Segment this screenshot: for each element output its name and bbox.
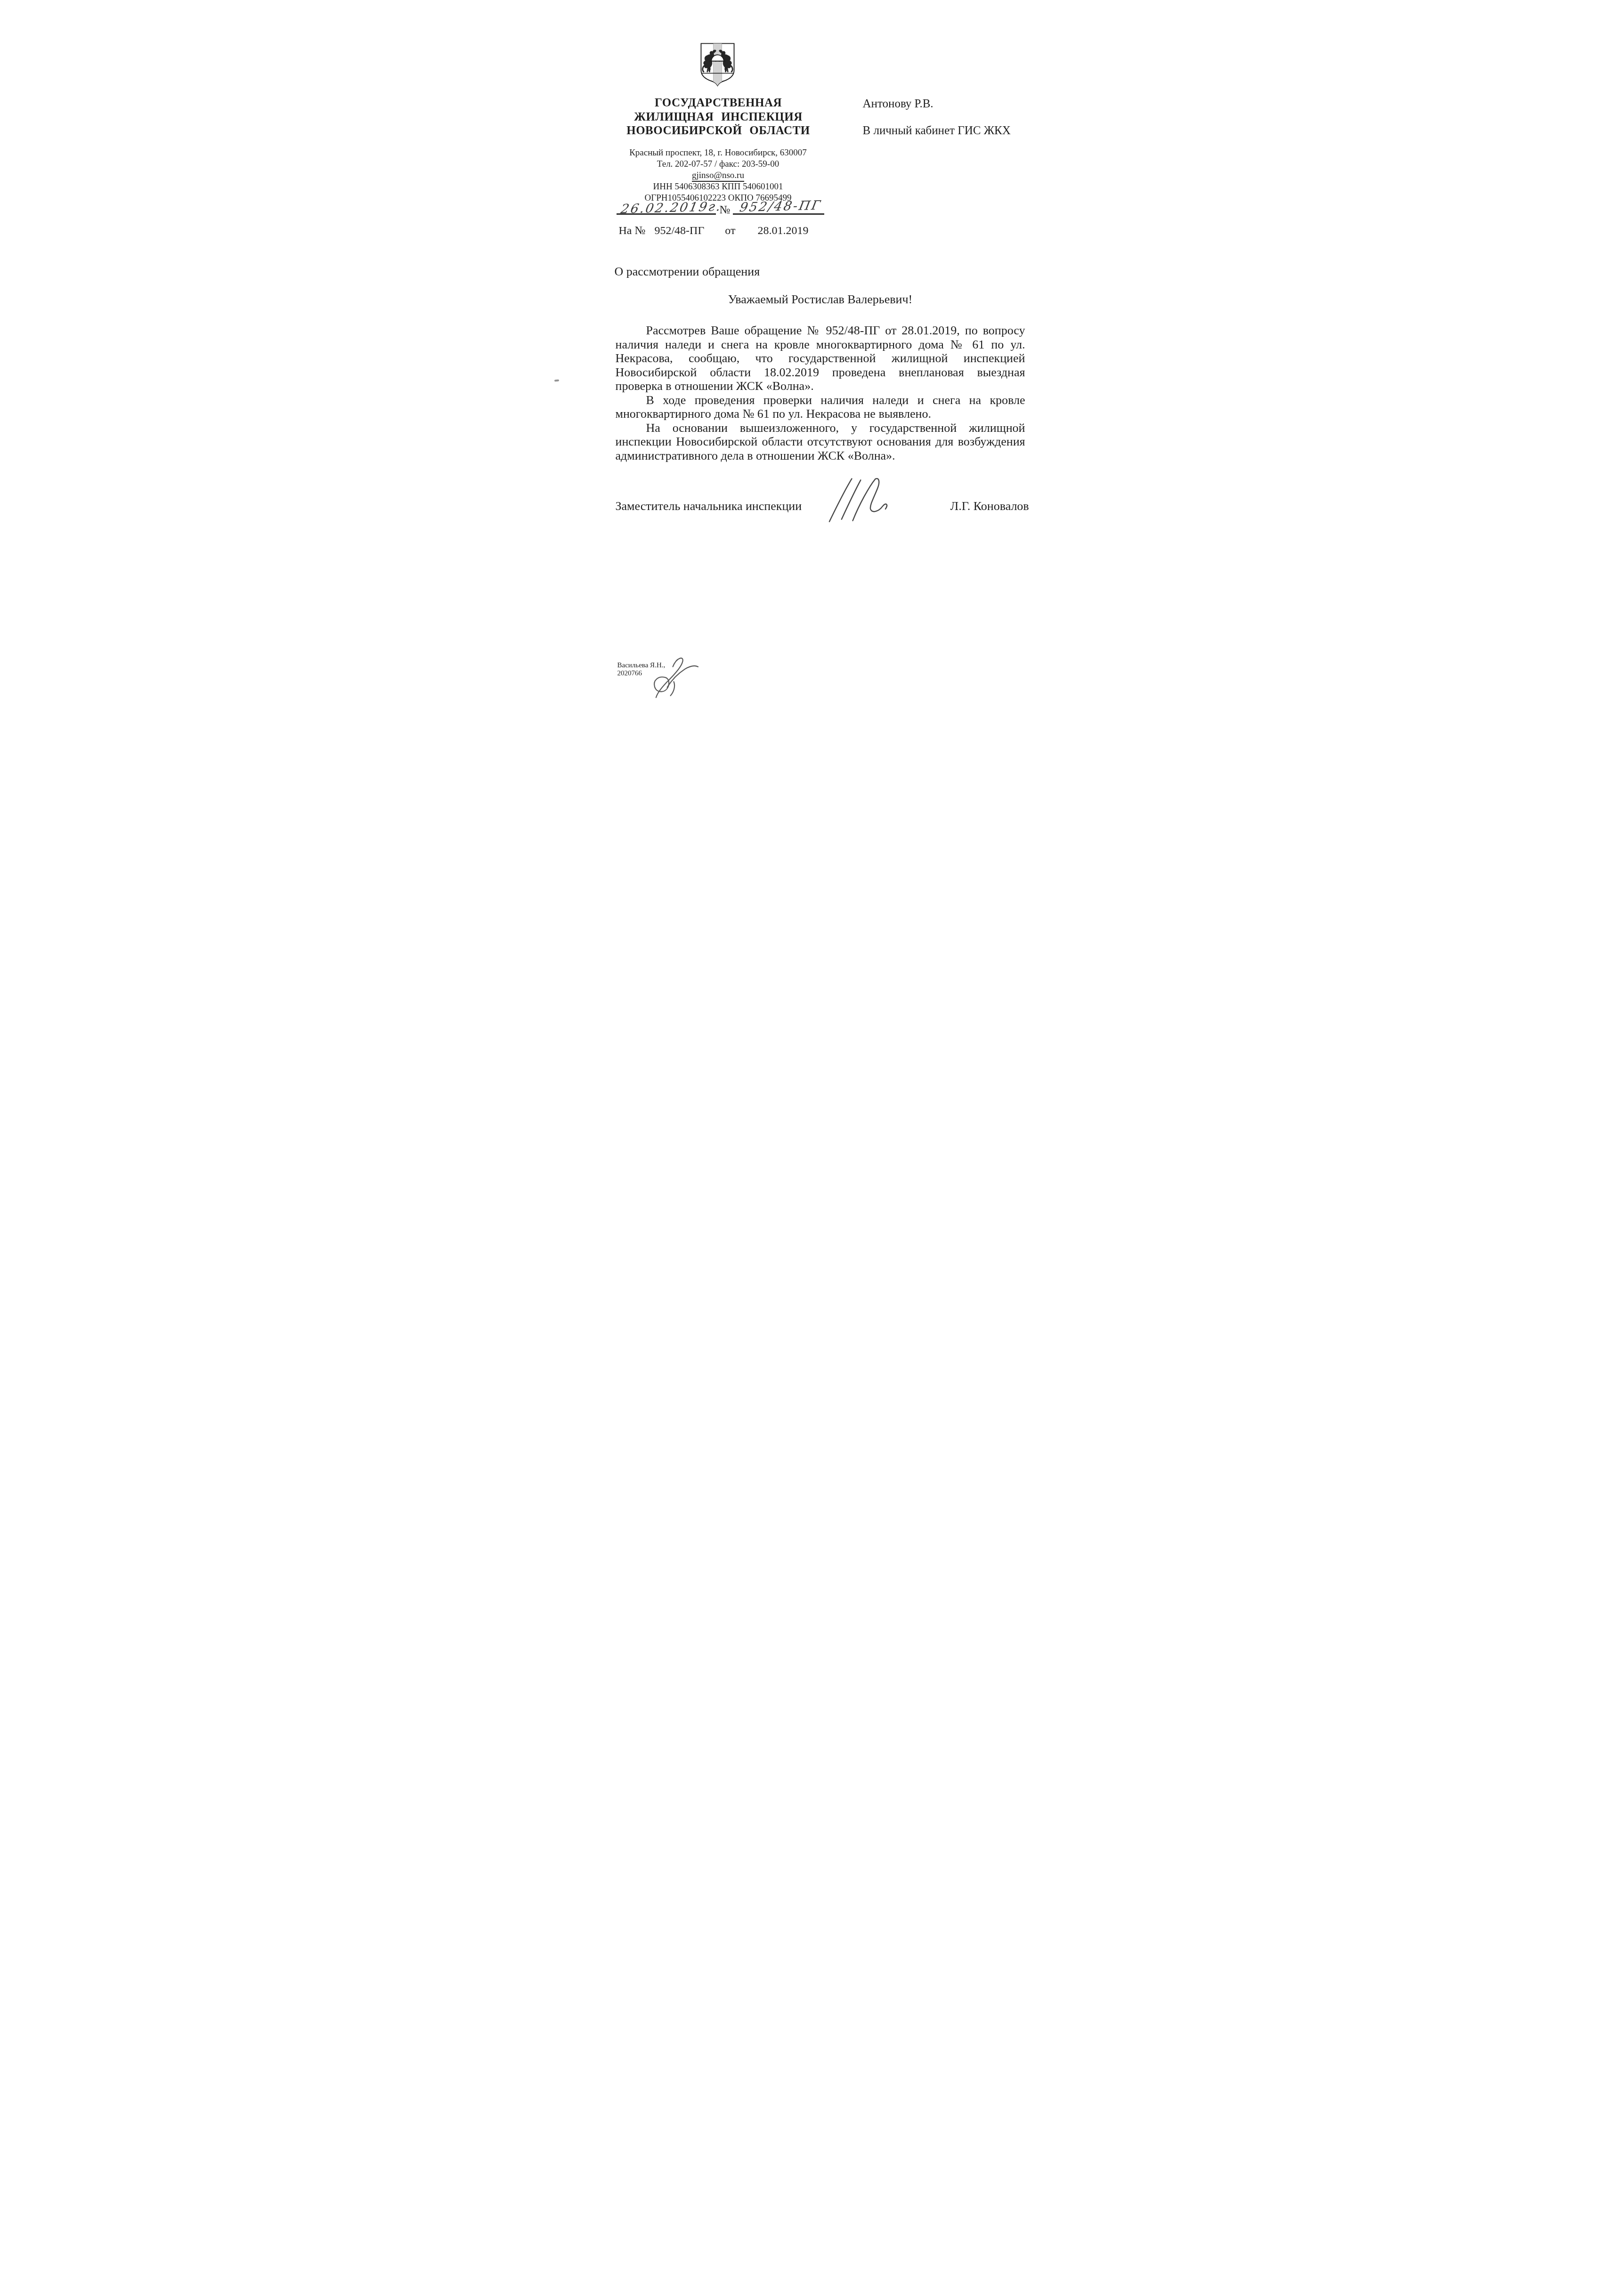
org-name-line1: ГОСУДАРСТВЕННАЯ xyxy=(590,96,847,110)
reply-ot-label: от xyxy=(725,225,735,237)
letter-body: Рассмотрев Ваше обращение № 952/48-ПГ от… xyxy=(616,324,1025,462)
org-name-block: ГОСУДАРСТВЕННАЯ ЖИЛИЩНАЯ ИНСПЕКЦИЯ НОВОС… xyxy=(590,96,847,138)
org-phone-fax: Тел. 202-07-57 / факс: 203-59-00 xyxy=(598,159,838,170)
handwritten-outgoing-number: 952/48-ПГ xyxy=(738,198,822,215)
coat-of-arms-icon xyxy=(699,42,736,87)
org-inn-kpp: ИНН 5406308363 КПП 540601001 xyxy=(598,181,838,193)
org-address: Красный проспект, 18, г. Новосибирск, 63… xyxy=(598,147,838,159)
org-name-line3: НОВОСИБИРСКОЙ ОБЛАСТИ xyxy=(590,124,847,138)
org-email: gjinso@nso.ru xyxy=(692,170,744,182)
signature-stroke xyxy=(826,476,933,524)
body-paragraph: В ходе проведения проверки наличия налед… xyxy=(616,393,1025,421)
reply-reference-line: На № 952/48-ПГ от 28.01.2019 xyxy=(619,225,809,237)
number-sign: № xyxy=(720,204,731,217)
reply-number: 952/48-ПГ xyxy=(654,225,704,237)
org-email-line: gjinso@nso.ru xyxy=(598,170,838,181)
signer-name: Л.Г. Коновалов xyxy=(950,499,1029,513)
org-name-line2: ЖИЛИЩНАЯ ИНСПЕКЦИЯ xyxy=(590,110,847,124)
number-rule-line xyxy=(733,213,824,215)
recipient-name: Антонову Р.В. xyxy=(863,97,934,111)
scanned-letter-page: ГОСУДАРСТВЕННАЯ ЖИЛИЩНАЯ ИНСПЕКЦИЯ НОВОС… xyxy=(552,0,1072,734)
reply-prefix: На № xyxy=(619,225,646,237)
body-paragraph: На основании вышеизложенного, у государс… xyxy=(616,421,1025,463)
signer-position: Заместитель начальника инспекции xyxy=(616,499,802,513)
recipient-delivery: В личный кабинет ГИС ЖКХ xyxy=(863,124,1011,138)
scan-artifact xyxy=(554,379,559,381)
subject-line: О рассмотрении обращения xyxy=(615,265,760,279)
date-rule-line xyxy=(617,213,716,215)
salutation: Уважаемый Ростислав Валерьевич! xyxy=(616,292,1025,307)
body-paragraph: Рассмотрев Ваше обращение № 952/48-ПГ от… xyxy=(616,324,1025,393)
org-contacts-block: Красный проспект, 18, г. Новосибирск, 63… xyxy=(598,147,838,204)
reply-date: 28.01.2019 xyxy=(757,225,808,237)
executor-signature-stroke xyxy=(645,653,703,702)
